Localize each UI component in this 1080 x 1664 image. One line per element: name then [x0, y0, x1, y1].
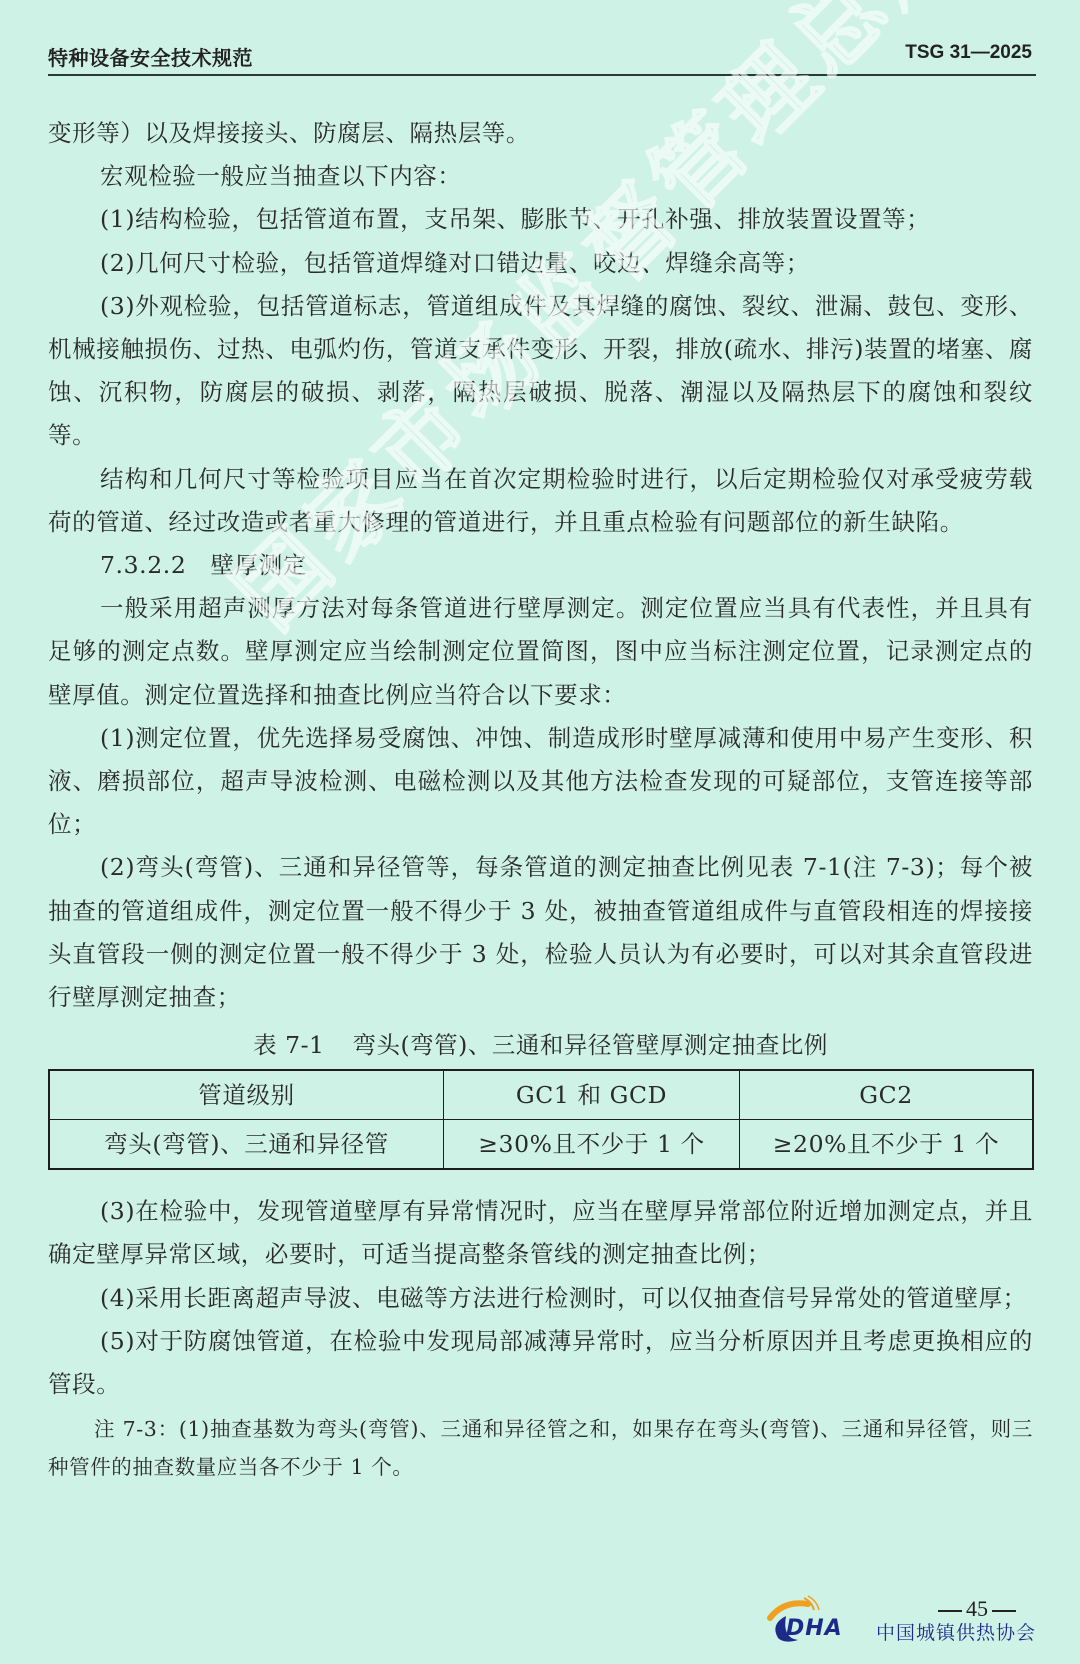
table-header-cell: GC2 [740, 1070, 1034, 1120]
list-item: (1)结构检验，包括管道布置，支吊架、膨胀节、开孔补强、排放装置设置等； [48, 198, 1033, 241]
list-item: (4)采用长距离超声导波、电磁等方法进行检测时，可以仅抽查信号异常处的管道壁厚； [48, 1277, 1033, 1320]
list-item: (3)在检验中，发现管道壁厚有异常情况时，应当在壁厚异常部位附近增加测定点，并且… [48, 1190, 1033, 1276]
paragraph: 宏观检验一般应当抽查以下内容： [48, 155, 1033, 198]
list-item: (2)弯头(弯管)、三通和异径管等，每条管道的测定抽查比例见表 7-1(注 7-… [48, 846, 1033, 1019]
table-header-cell: GC1 和 GCD [444, 1070, 740, 1120]
table-cell: ≥20%且不少于 1 个 [740, 1120, 1034, 1170]
header-title: 特种设备安全技术规范 [48, 42, 253, 71]
table-cell: ≥30%且不少于 1 个 [444, 1120, 740, 1170]
table-caption-number: 表 7-1 [253, 1031, 324, 1059]
page-number: 45 [934, 1596, 1020, 1622]
logo-organization-name: 中国城镇供热协会 [876, 1618, 1036, 1645]
inspection-ratio-table: 管道级别 GC1 和 GCD GC2 弯头(弯管)、三通和异径管 ≥30%且不少… [48, 1069, 1034, 1170]
table-row: 弯头(弯管)、三通和异径管 ≥30%且不少于 1 个 ≥20%且不少于 1 个 [49, 1120, 1033, 1170]
table-caption-title: 弯头(弯管)、三通和异径管壁厚测定抽查比例 [352, 1031, 827, 1059]
list-item: (3)外观检验，包括管道标志，管道组成件及其焊缝的腐蚀、裂纹、泄漏、鼓包、变形、… [48, 285, 1033, 458]
header-standard-code: TSG 31—2025 [905, 42, 1032, 64]
section-heading: 7.3.2.2 壁厚测定 [48, 544, 1033, 587]
paragraph: 一般采用超声测厚方法对每条管道进行壁厚测定。测定位置应当具有代表性，并且具有足够… [48, 587, 1033, 717]
list-item: (2)几何尺寸检验，包括管道焊缝对口错边量、咬边、焊缝余高等； [48, 242, 1033, 285]
running-header: 特种设备安全技术规范 TSG 31—2025 [48, 38, 1036, 76]
table-header-row: 管道级别 GC1 和 GCD GC2 [49, 1070, 1033, 1120]
paragraph: 结构和几何尺寸等检验项目应当在首次定期检验时进行，以后定期检验仅对承受疲劳载荷的… [48, 458, 1033, 544]
cdha-logo: DHA 中国城镇供热协会 [764, 1594, 1080, 1644]
list-item: (5)对于防腐蚀管道，在检验中发现局部减薄异常时，应当分析原因并且考虑更换相应的… [48, 1320, 1033, 1406]
document-page: 特种设备安全技术规范 TSG 31—2025 变形等）以及焊接接头、防腐层、隔热… [0, 0, 1080, 1664]
page-footer: DHA 中国城镇供热协会 45 [680, 1574, 1080, 1664]
footnote: 注 7-3：(1)抽查基数为弯头(弯管)、三通和异径管之和，如果存在弯头(弯管)… [48, 1410, 1033, 1486]
body-text: 变形等）以及焊接接头、防腐层、隔热层等。 宏观检验一般应当抽查以下内容： (1)… [48, 112, 1033, 1486]
table-caption: 表 7-1弯头(弯管)、三通和异径管壁厚测定抽查比例 [48, 1025, 1033, 1065]
paragraph: 变形等）以及焊接接头、防腐层、隔热层等。 [48, 112, 1033, 155]
table-header-cell: 管道级别 [49, 1070, 444, 1120]
logo-abbreviation: DHA [786, 1616, 843, 1641]
list-item: (1)测定位置，优先选择易受腐蚀、冲蚀、制造成形时壁厚减薄和使用中易产生变形、积… [48, 717, 1033, 847]
table-cell: 弯头(弯管)、三通和异径管 [49, 1120, 444, 1170]
